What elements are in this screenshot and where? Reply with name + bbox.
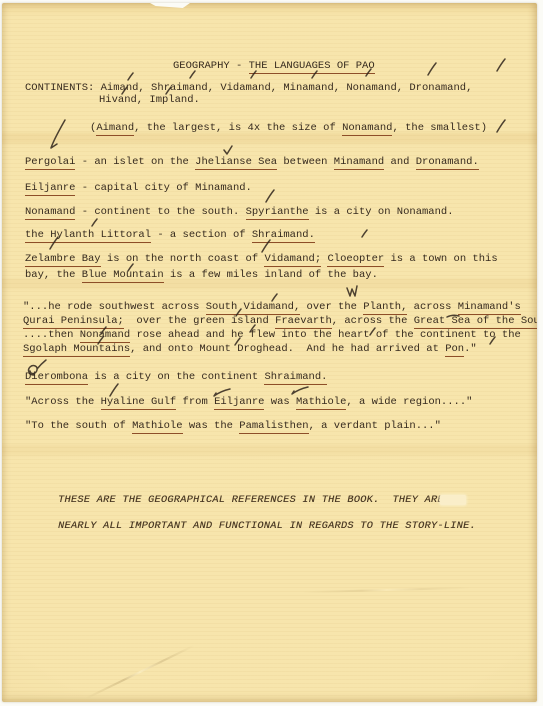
eiljanre-line: Eiljanre - capital city of Minamand.	[25, 183, 252, 196]
underlined-term: Qurai Peninsula;	[23, 316, 124, 329]
text-segment: GEOGRAPHY -	[173, 61, 249, 72]
underlined-term: Nonamand	[342, 123, 392, 136]
hyaline-line: "Across the Hyaline Gulf from Eiljanre w…	[25, 397, 472, 410]
underlined-term: Minamand	[334, 157, 384, 170]
text-segment: "Across the	[25, 397, 101, 408]
note-line-2: NEARLY ALL IMPORTANT AND FUNCTIONAL IN R…	[58, 521, 476, 532]
text-segment: ."	[464, 344, 477, 355]
text-segment: is a town on this	[384, 254, 497, 265]
text-segment: ....then	[23, 330, 80, 341]
paper-crease	[86, 645, 195, 699]
quote1-line-3: ....then Nonamand rose ahead and he flew…	[23, 330, 521, 343]
size-note-line: (Aimand, the largest, is 4x the size of …	[90, 123, 487, 136]
underlined-term: Vidamand;	[264, 254, 321, 267]
underlined-term: Blue Mountain	[82, 270, 164, 283]
pamalisthen-line: "To the south of Mathiole was the Pamali…	[25, 421, 441, 434]
text-segment: and	[384, 157, 416, 168]
text-segment: bay, the	[25, 270, 82, 281]
continents-line-1: CONTINENTS: Aimand, Shraimand, Vidamand,…	[25, 83, 472, 94]
underlined-term: Great Sea of the South,	[414, 316, 537, 329]
underlined-term: Planth,	[363, 302, 407, 315]
text-segment: , the largest, is 4x the size of	[134, 123, 342, 134]
paper-crease	[302, 587, 472, 593]
text-segment: - an islet on the	[75, 157, 195, 168]
text-segment: , and onto Mount Droghead. And he had ar…	[130, 344, 445, 355]
text-segment: over the green island	[124, 316, 275, 327]
text-segment: - capital city of Minamand.	[75, 183, 251, 194]
text-segment: , across the	[332, 316, 414, 327]
underlined-term: Nonamand	[80, 330, 130, 343]
text-segment: was the	[183, 421, 240, 432]
text-segment: "...he rode southwest across	[23, 302, 206, 313]
text-segment: - continent to the south.	[75, 207, 245, 218]
text-segment: "To the south of	[25, 421, 132, 432]
dierombona-line: Dierombona is a city on the continent Sh…	[25, 372, 327, 385]
underlined-term: the Hylanth Littoral	[25, 230, 151, 243]
nonamand-line: Nonamand - continent to the south. Spyri…	[25, 207, 454, 220]
zelambre-line-2: bay, the Blue Mountain is a few miles in…	[25, 270, 378, 283]
underlined-term: Fraevarth	[275, 316, 332, 329]
underlined-term: Pamalisthen	[239, 421, 308, 434]
scan-background: GEOGRAPHY - THE LANGUAGES OF PAOCONTINEN…	[0, 0, 543, 706]
underlined-term: Zelambre Bay	[25, 254, 101, 267]
underlined-term: Pergolai	[25, 157, 75, 170]
underlined-term: Eiljanre	[214, 397, 264, 410]
hylanth-line: the Hylanth Littoral - a section of Shra…	[25, 230, 315, 243]
text-segment: THESE ARE THE GEOGRAPHICAL REFERENCES IN…	[58, 495, 444, 506]
text-segment: is on the north coast of	[101, 254, 265, 265]
underlined-term: Nonamand	[25, 207, 75, 220]
text-segment: rose ahead and he flew into the heart of…	[130, 330, 521, 341]
text-segment: is a city on Nonamand.	[309, 207, 454, 218]
underlined-term: Shraimand.	[252, 230, 315, 243]
underlined-term: Spyrianthe	[246, 207, 309, 220]
underlined-term: Jhelianse Sea	[195, 157, 277, 170]
underlined-term: South Vidamand,	[206, 302, 301, 315]
quote1-line-1: "...he rode southwest across South Vidam…	[23, 302, 521, 315]
quote1-line-2: Qurai Peninsula; over the green island F…	[23, 316, 537, 329]
underlined-term: Cloeopter	[327, 254, 384, 267]
text-segment: across	[407, 302, 457, 313]
underlined-term: Mathiole	[132, 421, 182, 434]
pergolai-line: Pergolai - an islet on the Jhelianse Sea…	[25, 157, 479, 170]
underlined-term: Minamand's	[458, 302, 521, 315]
paper-sheet: GEOGRAPHY - THE LANGUAGES OF PAOCONTINEN…	[2, 3, 537, 702]
continents-line-2: Hivand, Impland.	[99, 95, 200, 106]
text-segment: Hivand, Impland.	[99, 95, 200, 106]
zelambre-line-1: Zelambre Bay is on the north coast of Vi…	[25, 254, 498, 267]
paper-tear-notch	[150, 3, 190, 8]
quote1-line-4: Sgolaph Mountains, and onto Mount Droghe…	[23, 344, 477, 357]
text-segment: was	[264, 397, 296, 408]
text-segment: over the	[300, 302, 363, 313]
underlined-term: Dierombona	[25, 372, 88, 385]
underlined-term: Sgolaph Mountains	[23, 344, 130, 357]
text-segment: is a few miles inland of the bay.	[164, 270, 378, 281]
note-line-1: THESE ARE THE GEOGRAPHICAL REFERENCES IN…	[58, 495, 444, 506]
text-segment: CONTINENTS: Aimand, Shraimand, Vidamand,…	[25, 83, 472, 94]
underlined-term: Pon	[445, 344, 464, 357]
text-segment: NEARLY ALL IMPORTANT AND FUNCTIONAL IN R…	[58, 521, 476, 532]
underlined-term: Shraimand.	[264, 372, 327, 385]
underlined-term: Dronamand.	[416, 157, 479, 170]
text-segment: from	[176, 397, 214, 408]
title-line: GEOGRAPHY - THE LANGUAGES OF PAO	[173, 61, 375, 74]
underlined-term: THE LANGUAGES OF PAO	[249, 61, 375, 74]
whiteout-patch	[440, 495, 466, 505]
underlined-term: Aimand	[96, 123, 134, 136]
underlined-term: Hyaline Gulf	[101, 397, 177, 410]
text-segment: is a city on the continent	[88, 372, 264, 383]
underlined-term: Mathiole	[296, 397, 346, 410]
text-segment: , the smallest)	[392, 123, 487, 134]
text-segment: , a verdant plain..."	[309, 421, 441, 432]
underlined-term: Eiljanre	[25, 183, 75, 196]
text-segment: between	[277, 157, 334, 168]
text-segment: , a wide region...."	[346, 397, 472, 408]
text-segment: - a section of	[151, 230, 252, 241]
